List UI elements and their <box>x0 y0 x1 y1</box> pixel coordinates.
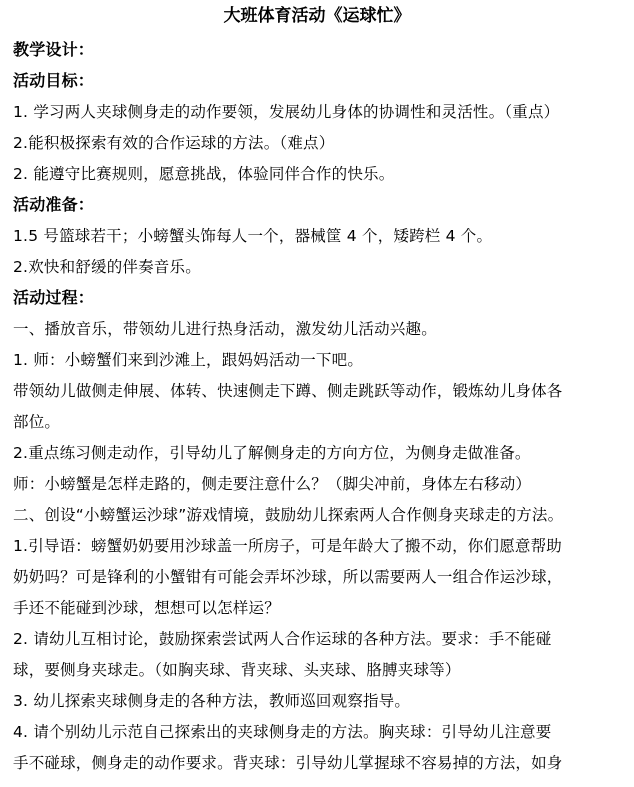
process-line: 球，要侧身夹球走。（如胸夹球、背夹球、头夹球、胳膊夹球等） <box>13 659 461 681</box>
goal-line-2: 2.能积极探索有效的合作运球的方法。（难点） <box>13 132 334 154</box>
process-line: 3. 幼儿探索夹球侧身走的各种方法，教师巡回观察指导。 <box>13 690 410 712</box>
goal-line-1: 1. 学习两人夹球侧身走的动作要领，发展幼儿身体的协调性和灵活性。（重点） <box>13 101 559 123</box>
process-line: 奶奶吗？可是锋利的小蟹钳有可能会弄坏沙球，所以需要两人一组合作运沙球， <box>13 566 563 588</box>
document-title: 大班体育活动《运球忙》 <box>0 4 634 28</box>
process-line: 手不碰球，侧身走的动作要求。背夹球：引导幼儿掌握球不容易掉的方法，如身 <box>13 752 563 774</box>
process-line: 1.引导语：螃蟹奶奶要用沙球盖一所房子，可是年龄大了搬不动，你们愿意帮助 <box>13 535 562 557</box>
heading-teaching-design: 教学设计： <box>13 39 94 61</box>
heading-activity-preparation: 活动准备： <box>13 194 94 216</box>
preparation-line-1: 1.5 号篮球若干；小螃蟹头饰每人一个，器械筐 4 个，矮跨栏 4 个。 <box>13 225 492 247</box>
preparation-line-2: 2.欢快和舒缓的伴奏音乐。 <box>13 256 201 278</box>
goal-line-3: 2. 能遵守比赛规则，愿意挑战，体验同伴合作的快乐。 <box>13 163 394 185</box>
heading-activity-process: 活动过程： <box>13 287 94 309</box>
process-line: 一、播放音乐，带领幼儿进行热身活动，激发幼儿活动兴趣。 <box>13 318 437 340</box>
process-line: 2. 请幼儿互相讨论，鼓励探索尝试两人合作运球的各种方法。要求：手不能碰 <box>13 628 551 650</box>
process-line: 手还不能碰到沙球，想想可以怎样运？ <box>13 597 280 619</box>
process-line: 2.重点练习侧走动作，引导幼儿了解侧身走的方向方位，为侧身走做准备。 <box>13 442 531 464</box>
process-line: 师：小螃蟹是怎样走路的，侧走要注意什么？（脚尖冲前，身体左右移动） <box>13 473 531 495</box>
process-line: 二、创设“小螃蟹运沙球”游戏情境，鼓励幼儿探索两人合作侧身夹球走的方法。 <box>13 504 563 526</box>
process-line: 部位。 <box>13 411 60 433</box>
process-line: 1. 师：小螃蟹们来到沙滩上，跟妈妈活动一下吧。 <box>13 349 363 371</box>
heading-activity-goals: 活动目标： <box>13 70 94 92</box>
process-line: 4. 请个别幼儿示范自己探索出的夹球侧身走的方法。胸夹球：引导幼儿注意要 <box>13 721 551 743</box>
process-line: 带领幼儿做侧走伸展、体转、快速侧走下蹲、侧走跳跃等动作，锻炼幼儿身体各 <box>13 380 563 402</box>
